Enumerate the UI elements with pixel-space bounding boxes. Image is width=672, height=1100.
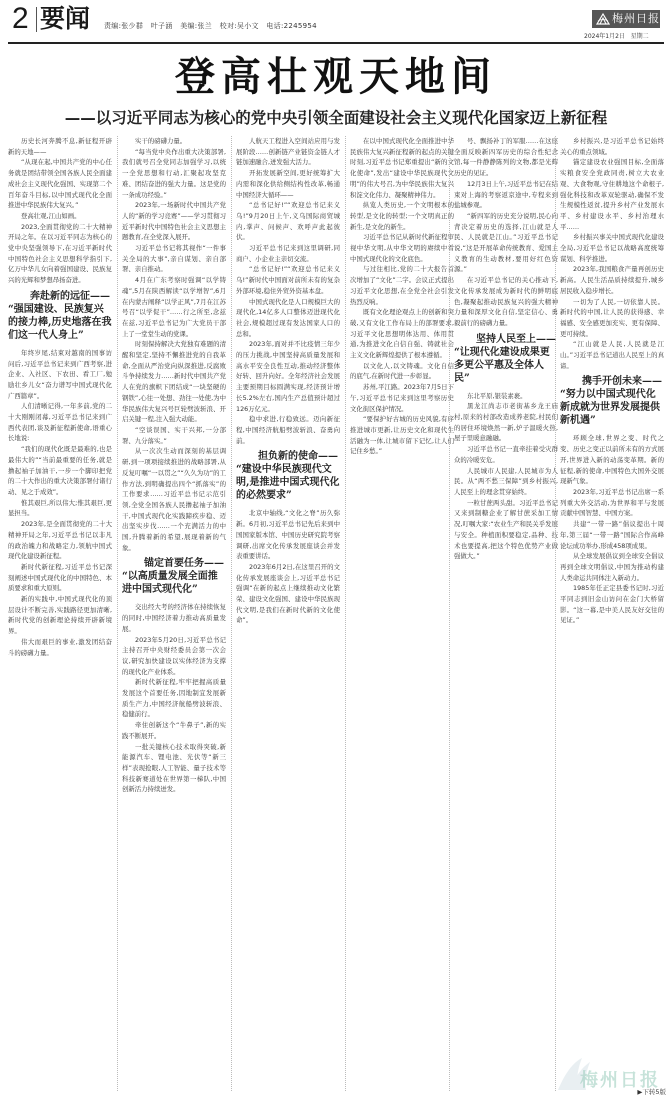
paragraph: 交出经大考的经济体在持续恢复的同时,中国经济着力推动高质量发展。 [122,602,226,634]
paragraph: 开拓发展新空间,更好统筹扩大内需和深化供给侧结构性改革,畅通中国经济大循环—— [236,168,340,200]
subheadline: ——以习近平同志为核心的党中央引领全面建设社会主义现代化国家迈上新征程 [0,108,672,128]
newspaper-logo-icon [596,12,610,26]
paragraph: 新时代新征程,牢牢把握高质量发展这个首要任务,因地制宜发展新质生产力,中国经济航… [122,677,226,720]
paragraph: 黑龙江尚志市老街基乡龙王庙村,原来的村部改造成养老院,村民们的居住环境焕然一新,… [454,401,558,444]
paragraph: 号、飘扬补丁的军服……在这座全面反映新四军历史的综合性纪念馆,每一件静静陈列的文… [454,136,558,179]
article-column-4: 在以中国式现代化全面推进中华民族伟大复兴新征程新的起点的关键时刻,习近平总书记郑… [350,136,454,1091]
paragraph: “新四军的历史充分说明,民心向背决定着历史的选择,江山就是人民、人民就是江山。”… [454,211,558,275]
paragraph: 2023年,习近平总书记出席一系列重大外交活动,为世界和平与发展贡献中国智慧、中… [560,487,664,519]
paragraph: 中国式现代化是人口规模巨大的现代化,14亿多人口整体迈进现代化社会,规模超过现有… [236,297,340,340]
paragraph: 共建“一带一路”倡议提出十周年,第三届“一带一路”国际合作高峰论坛成功举办,形成… [560,519,664,551]
paragraph: 乡村振兴事关中国式现代化建设全局,习近平总书记以战略高度统筹谋划、科学推进。 [560,232,664,264]
section-subheading: 奔赴新的远征—— [8,290,112,303]
paragraph: 新时代新征程,习近平总书记深刻阐述中国式现代化的中国特色、本质要求和重大原则。 [8,562,112,594]
paragraph: 新的实践中,中国式现代化的顶层设计不断完善,实践路径更加清晰,新时代党的创新理论… [8,594,112,637]
paragraph: 12月3日上午,习近平总书记在结束对上海的考察返京途中,专程来到盐城参观。 [454,179,558,211]
paragraph: 惟其艰巨,所以伟大;惟其艰巨,更显担当。 [8,498,112,519]
paragraph: 在习近平总书记的关心推动下,文化传承发展成为新时代的鲜明底色,凝聚起推动民族复兴… [454,275,558,329]
paragraph: 实干的磅礴力量。 [122,136,226,147]
paragraph: 牵住创新这个“牛鼻子”,新的实践不断展开。 [122,720,226,741]
paragraph: 苏州,平江路。2023年7月5日下午,习近平总书记来到这里考察历史文化街区保护情… [350,382,454,414]
paragraph: 2023,全面贯彻党的二十大精神开局之年。在以习近平同志为核心的党中央坚强领导下… [8,222,112,286]
section-subheading: 坚持人民至上—— [454,333,558,346]
paragraph: 一批关键核心技术取得突破,新能源汽车、锂电池、光伏等“新三样”表现抢眼,人工智能… [122,742,226,796]
paragraph: 2023年5月20日,习近平总书记主持召开中央财经委员会第一次会议,研究加快建设… [122,635,226,678]
paragraph: 习近平总书记从新时代新征程审视中华文明,从中华文明的赓续中看中国式现代化的文化底… [350,232,454,264]
article-column-5: 号、飘扬补丁的军服……在这座全面反映新四军历史的综合性纪念馆,每一件静静陈列的文… [454,136,558,1091]
dateline: 2024年1月2日 星期二 [584,31,649,40]
paragraph: 从全球发展倡议到全球安全倡议再到全球文明倡议,中国为推动构建人类命运共同体注入新… [560,551,664,583]
section-subheading-quote: “以高质量发展全面推进中国式现代化” [122,570,226,596]
paragraph: 锚定建设农业强国目标,全面落实粮食安全党政同责,树立大农业观、大食物观,守住耕地… [560,157,664,232]
article-column-2: 实干的磅礴力量。“每当党中央作出重大决策部署,我们就号召全党同志加强学习,以统一… [122,136,226,1091]
paragraph: 与过往相比,党的二十大报告首次增加了“文化”二字。会议正式提出习近平文化思想,在… [350,264,454,307]
section-subheading-quote: “建设中华民族现代文明,是推进中国式现代化的必然要求” [236,463,340,502]
watermark-text: 梅州日报 [580,1066,660,1092]
paragraph: 东北平原,银装素裹。 [454,391,558,402]
paragraph: “总书记好!”“欢迎总书记来义乌!”新时代中国面对前所未有的复杂外部环境,稳住外… [236,264,340,296]
article-column-1: 历史长河奔腾不息,新征程开辟新的天地——“从现在起,中国共产党的中心任务就是团结… [8,136,112,1091]
paragraph: “总书记好!”“欢迎总书记来义乌!”9月20日上午,义乌国际商贸城内,掌声、问候… [236,200,340,243]
paragraph: 纵览人类历史,一个文明根本的转型,是文化的转型;一个文明真正的新生,是文化的新生… [350,200,454,232]
paragraph: “要保护好古城的历史风貌,有序推进城市更新,让历史文化和现代生活融为一体,让城市… [350,414,454,457]
paragraph: 4月在广东考察时强调“以学铸魂”,5月在陕西解读“以学增智”,6月在内蒙古阐释“… [122,275,226,339]
paragraph: 乡村振兴,是习近平总书记始终关心的重点领域。 [560,136,664,157]
headline: 登高壮观天地间 [0,54,672,100]
section-subheading-quote: “努力以中国式现代化新成就为世界发展提供新机遇” [560,388,664,427]
column-separator [117,136,118,1091]
paragraph: 历史长河奔腾不息,新征程开辟新的天地—— [8,136,112,157]
masthead: 2 要闻 责编:张少群 叶子涵 美编:张兰 校对:吴小文 电话:2245954 … [0,0,672,34]
section-subheading-quote: “让现代化建设成果更多更公平惠及全体人民” [454,346,558,385]
paragraph: 年终岁尾,结束对越南的国事访问后,习近平总书记来到广西考察,进企业、入社区、下农… [8,348,112,402]
paragraph: 人民城市人民建,人民城市为人民。从“两不愁三保障”到乡村振兴,人民至上的理念贯穿… [454,466,558,498]
section-subheading: 携手开创未来—— [560,375,664,388]
page-divider [36,7,37,32]
section-subheading: 担负新的使命—— [236,450,340,463]
column-separator [555,136,556,1091]
paragraph: 习近平总书记来到这里调研,同商户、小企业主亲切交流。 [236,243,340,264]
page-number: 2 [12,4,29,34]
header-rule [8,42,664,44]
paragraph: 习近平总书记一直牵挂着受灾群众的冷暖安危。 [454,444,558,465]
paragraph: “从现在起,中国共产党的中心任务就是团结带领全国各族人民全面建成社会主义现代化强… [8,157,112,211]
paragraph: 习近平总书记将其视作“一件事关全局的大事”,亲自谋划、亲自部署、亲自推动。 [122,243,226,275]
paragraph: 以文化人,以文铸魂。文化自信的底气,在新时代进一步彰显。 [350,361,454,382]
paragraph: “江山就是人民,人民就是江山。”习近平总书记道出人民至上的真谛。 [560,339,664,371]
paragraph: 一切为了人民,一切依靠人民。新时代的中国,让人民的获得感、幸福感、安全感更加充实… [560,297,664,340]
paragraph: “每当党中央作出重大决策部署,我们就号召全党同志加强学习,以统一全党思想和行动,… [122,147,226,201]
paragraph: “我们的现代化既是最难的,也是最伟大的”“当前最重要的任务,就是撸起袖子加油干,… [8,444,112,498]
section-subheading: 锚定首要任务—— [122,557,226,570]
paragraph: 北京中轴线,“文化之脊”历久弥新。6月初,习近平总书记先后来到中国国家版本馆、中… [236,508,340,562]
paragraph: 1985年任正定县委书记时,习近平同志到旧金山访问在金门大桥留影。“这一幕,是中… [560,583,664,626]
newspaper-logo: 梅州日报 [592,10,660,28]
article-column-3: 人航天工程进入空间站应用与发展阶段……创新链产业链资金链人才链加速融合,迸发强大… [236,136,340,1091]
paragraph: 2023年6月2日,在这里召开的文化传承发展座谈会上,习近平总书记强调“在新的起… [236,562,340,626]
paragraph: 2023年,一场新时代中国共产党人的“新的学习竞赛”——学习贯彻习近平新时代中国… [122,200,226,243]
column-separator [231,136,232,1091]
article-column-6: 乡村振兴,是习近平总书记始终关心的重点领域。锚定建设农业强国目标,全面落实粮食安… [560,136,664,1091]
paragraph: 时刻保持解决大党独有难题的清醒和坚定,坚持不懈推进党的自我革命,全面从严治党向纵… [122,339,226,425]
paragraph: 在以中国式现代化全面推进中华民族伟大复兴新征程新的起点的关键时刻,习近平总书记郑… [350,136,454,200]
paragraph: 登高壮观,江山如画。 [8,211,112,222]
paragraph: 2023年,是全面贯彻党的二十大精神开局之年,习近平总书记以非凡的政治魄力和战略… [8,519,112,562]
paragraph: 2023年,面对并不比疫情三年少的压力挑战,中国坚持高质量发展和高水平安全良性互… [236,339,340,414]
paragraph: 一粒甘蔗两头甜。习近平总书记又来到制糖企业了解甘蔗采加工情况,叮嘱大家:“农业生… [454,498,558,562]
column-separator [449,136,450,1091]
paragraph: 人们清晰记得,一年多前,党的二十大刚刚闭幕,习近平总书记来到广西代表团,谈及新征… [8,401,112,444]
paragraph: 环顾全球,世界之变、时代之变、历史之变正以前所未有的方式展开,世界进入新的动荡变… [560,433,664,487]
article-body: 历史长河奔腾不息,新征程开辟新的天地——“从现在起,中国共产党的中心任务就是团结… [8,136,664,1096]
paragraph: 伟大而艰巨的事业,激发团结奋斗的磅礴力量。 [8,637,112,658]
column-separator [345,136,346,1091]
paragraph: 稳中求进,行稳致远。迈向新征程,中国经济航船劈波斩浪、奋勇向前。 [236,414,340,446]
paragraph: 从一次次生动而深刻的基层调研,到一项项接续推进的战略部署,从反复叮嘱“一以贯之”… [122,446,226,553]
paragraph: “空谈误国、实干兴邦,一分部署、九分落实。” [122,425,226,446]
paragraph: 既有文化理论观点上的创新和突破,又有文化工作布局上的部署要求,习近平文化思想明体… [350,307,454,361]
staff-credits: 责编:张少群 叶子涵 美编:张兰 校对:吴小文 电话:2245954 [104,21,317,31]
paragraph: 人航天工程进入空间站应用与发展阶段……创新链产业链资金链人才链加速融合,迸发强大… [236,136,340,168]
paragraph: 2023年,我国粮食产量再创历史新高。人民生活品质持续提升,城乡居民收入稳步增长… [560,264,664,296]
section-subheading-quote: “强国建设、民族复兴的接力棒,历史地落在我们这一代人身上” [8,303,112,342]
section-name: 要闻 [40,5,90,33]
logo-text: 梅州日报 [612,10,660,28]
